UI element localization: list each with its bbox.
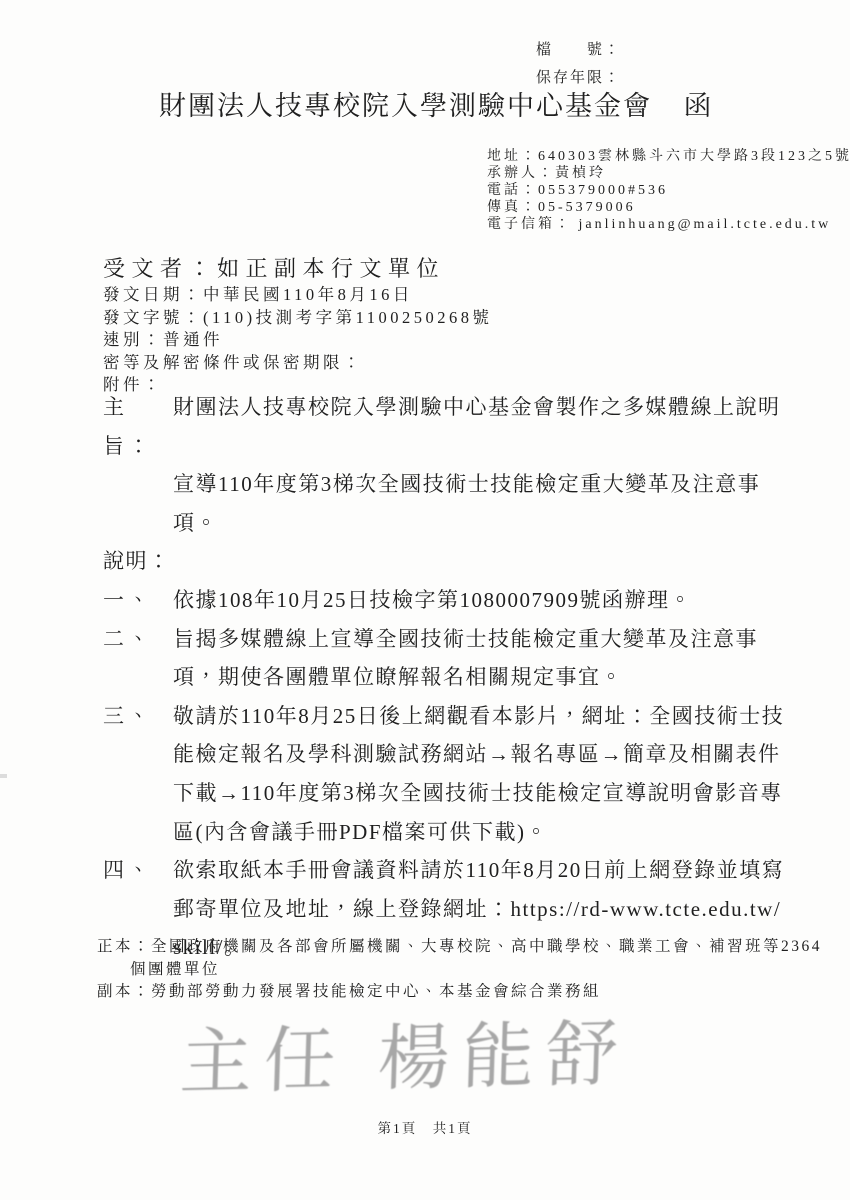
document-type: 函 [684,91,713,121]
item-number: 一、 [103,581,173,620]
item-number: 四、 [103,851,173,890]
recipient-line: 受文者：如正副本行文單位 [103,252,445,283]
page-footer: 第1頁 共1頁 [0,1117,850,1137]
issue-date-line: 發文日期：中華民國110年8月16日 [103,284,493,307]
explanation-label: 說明： [103,542,789,581]
list-item: 一、依據108年10月25日技檢字第1080007909號函辦理。 [103,581,789,620]
phone-line: 電話：055379000#536 [487,182,850,199]
address-line: 地址：640303雲林縣斗六市大學路3段123之5號 [487,148,850,165]
dispatch-meta-block: 發文日期：中華民國110年8月16日 發文字號：(110)技測考字第110025… [103,284,493,397]
item-number: 三、 [103,697,173,736]
fax-line: 傳真：05-5379006 [487,199,850,216]
scanned-official-letter: 檔 號： 保存年限： 財團法人技專校院入學測驗中心基金會函 地址：640303雲… [0,0,850,1200]
email-line: 電子信箱： janlinhuang@mail.tcte.edu.tw [487,216,850,233]
item-text: 旨揭多媒體線上宣導全國技術士技能檢定重大變革及注意事項，期使各團體單位瞭解報名相… [173,627,758,690]
subject-label: 主旨： [103,388,173,465]
issuing-org-name: 財團法人技專校院入學測驗中心基金會 [159,91,652,121]
letter-body: 主旨：財團法人技專校院入學測驗中心基金會製作之多媒體線上說明宣導110年度第3梯… [103,388,789,967]
speed-line: 速別：普通件 [103,329,493,352]
list-item: 二、旨揭多媒體線上宣導全國技術士技能檢定重大變革及注意事項，期使各團體單位瞭解報… [103,620,789,697]
copies-block: 正本：全國政府機關及各部會所屬機關、大專校院、高中職學校、職業工會、補習班等23… [97,936,833,1004]
original-copy-line: 正本：全國政府機關及各部會所屬機關、大專校院、高中職學校、職業工會、補習班等23… [97,936,833,981]
subject-text: 財團法人技專校院入學測驗中心基金會製作之多媒體線上說明宣導110年度第3梯次全國… [173,395,781,535]
contact-info-block: 地址：640303雲林縣斗六市大學路3段123之5號 承辦人：黃楨玲 電話：05… [487,148,850,233]
director-signature-stamp: 主任 楊能舒 [178,995,631,1109]
contact-person-line: 承辦人：黃楨玲 [487,165,850,182]
scan-artifact [0,774,7,778]
file-number-label: 檔 號： [536,36,621,64]
subject-line: 主旨：財團法人技專校院入學測驗中心基金會製作之多媒體線上說明宣導110年度第3梯… [103,388,789,542]
item-number: 二、 [103,620,173,659]
item-text: 依據108年10月25日技檢字第1080007909號函辦理。 [173,588,692,612]
security-line: 密等及解密條件或保密期限： [103,352,493,375]
item-text: 敬請於110年8月25日後上網觀看本影片，網址：全國技術士技能檢定報名及學科測驗… [173,704,784,844]
document-title: 財團法人技專校院入學測驗中心基金會函 [0,84,850,123]
doc-number-line: 發文字號：(110)技測考字第1100250268號 [103,307,493,330]
list-item: 三、敬請於110年8月25日後上網觀看本影片，網址：全國技術士技能檢定報名及學科… [103,697,789,851]
